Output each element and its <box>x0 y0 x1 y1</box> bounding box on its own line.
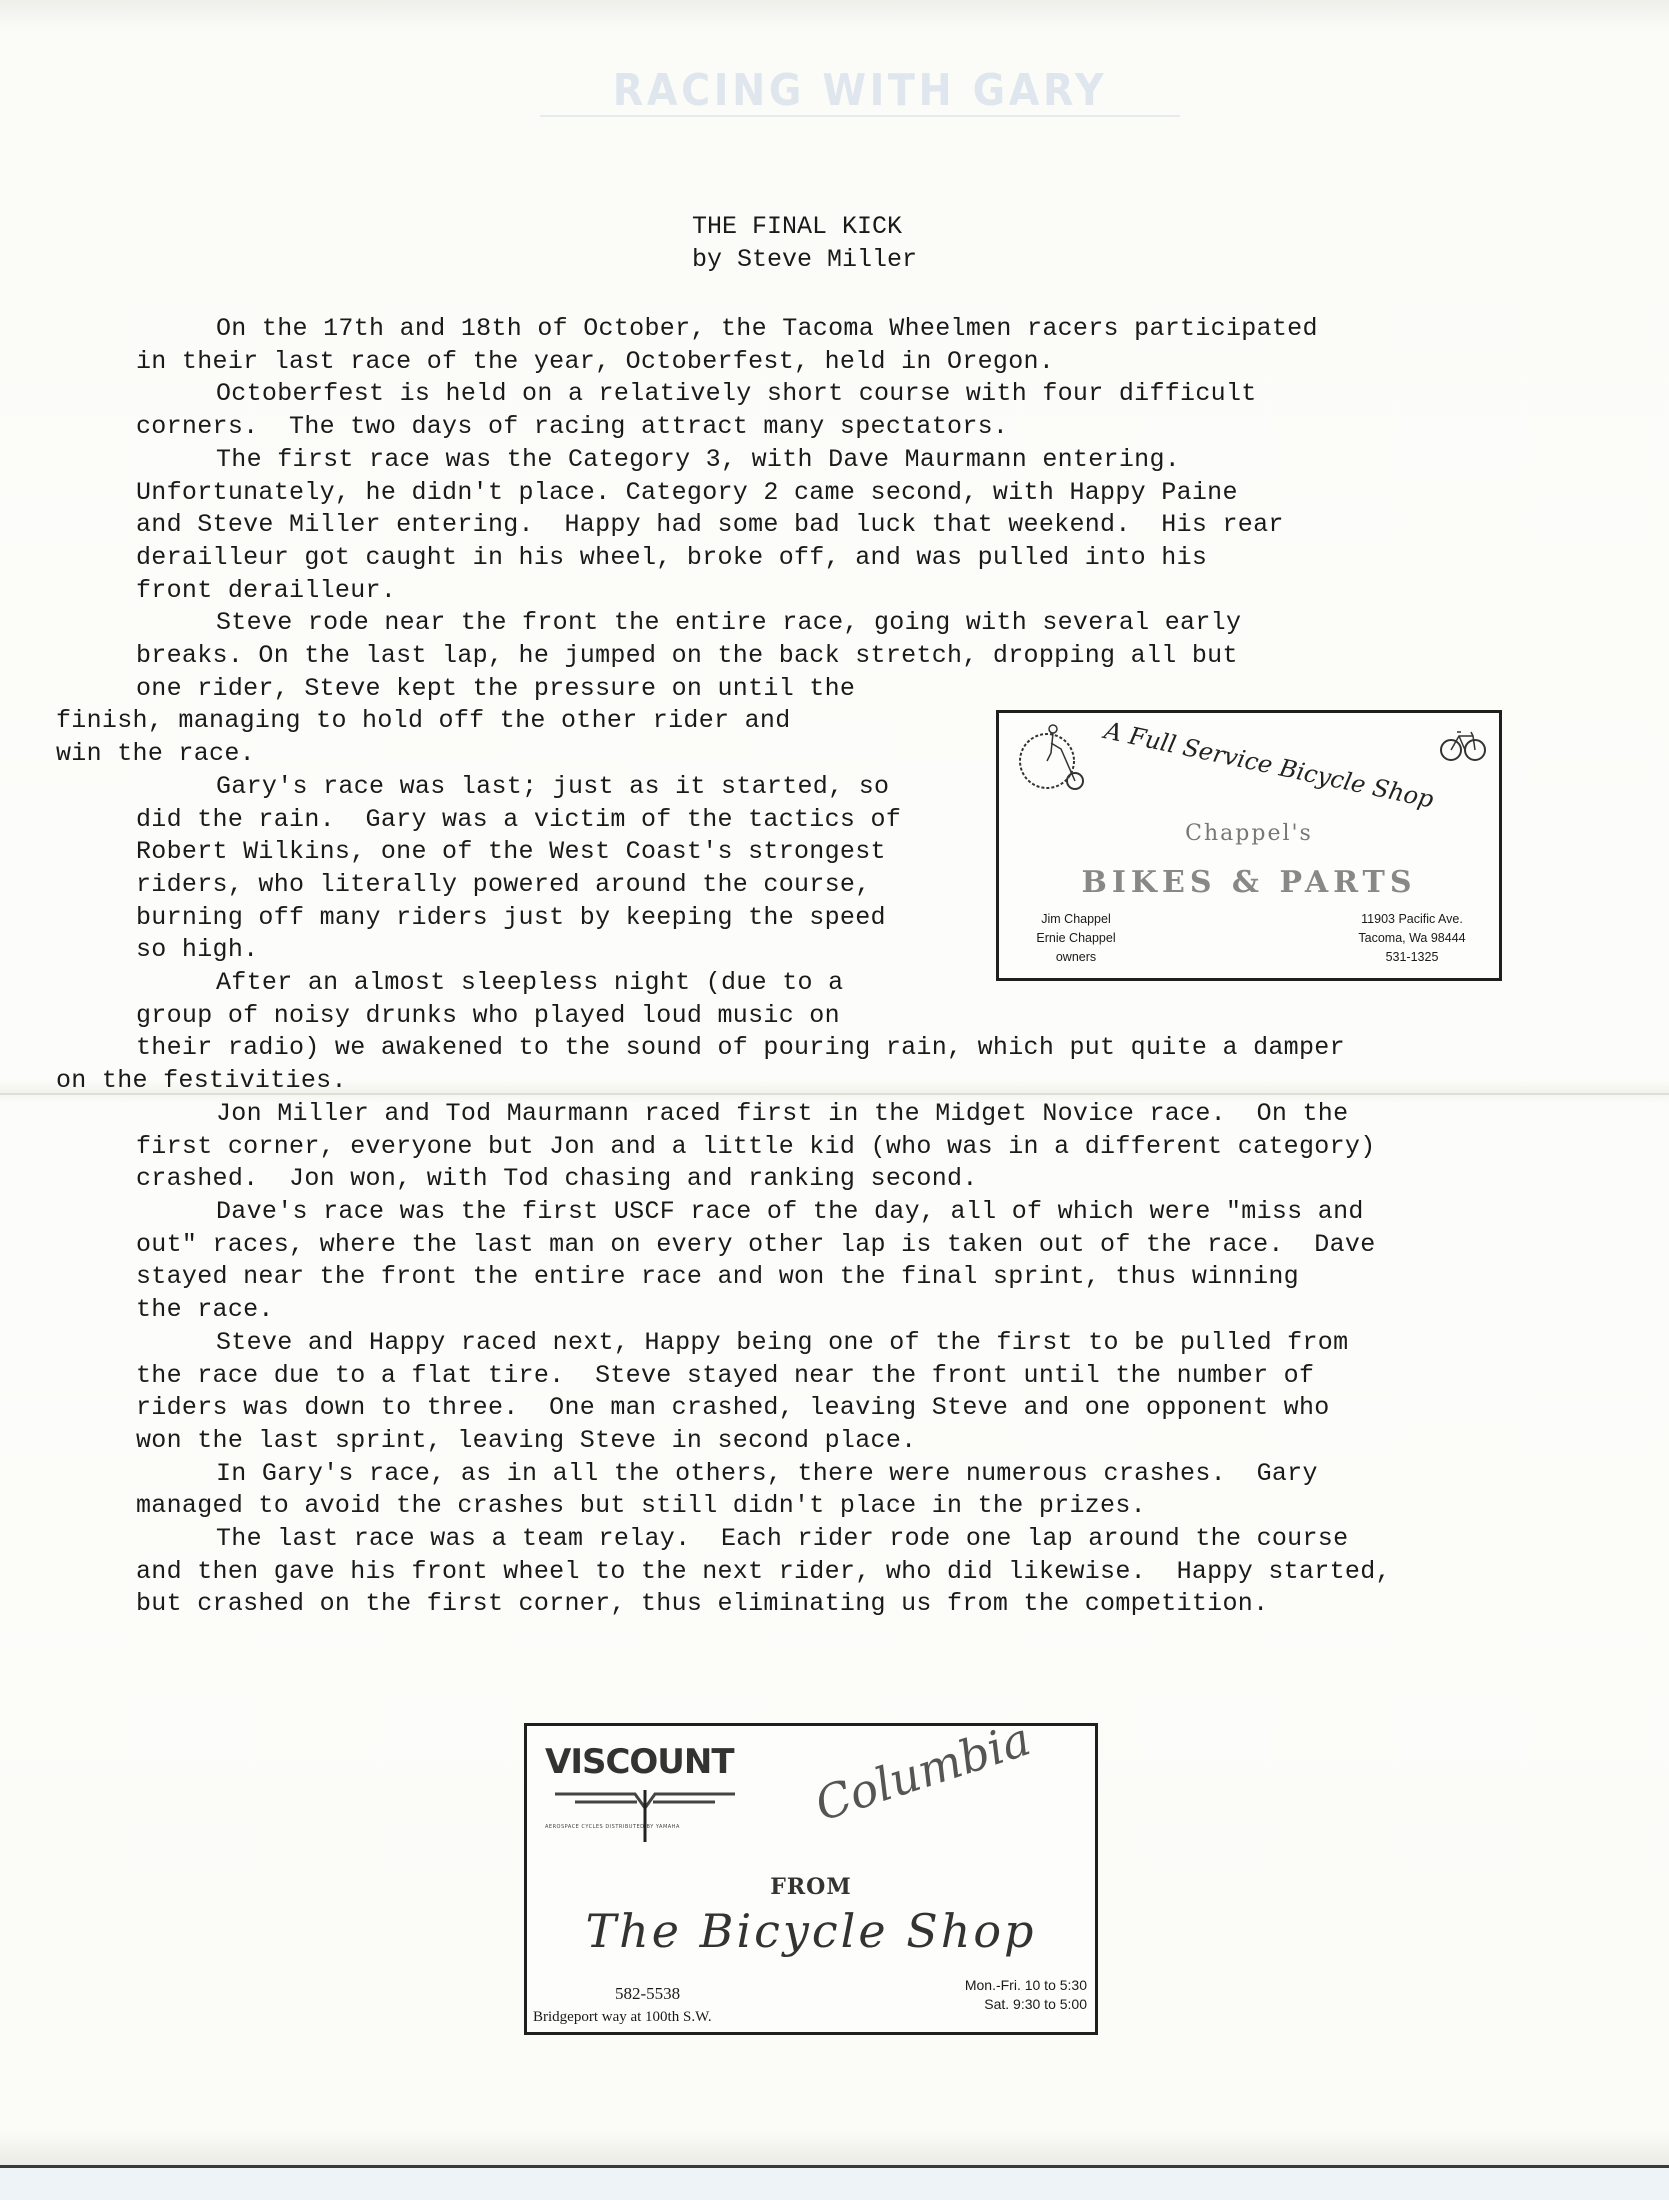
ad-from-label: FROM <box>527 1874 1095 1900</box>
viscount-logo: VISCOUNT <box>545 1742 725 1782</box>
text-line: and then gave his front wheel to the nex… <box>56 1556 1456 1589</box>
text-line: group of noisy drunks who played loud mu… <box>56 1000 956 1033</box>
owner-name: Jim Chappel <box>1011 910 1141 929</box>
text-line: so high. <box>56 934 956 967</box>
text-line: The last race was a team relay. Each rid… <box>136 1523 1456 1556</box>
article-section-beside-ad: one rider, Steve kept the pressure on un… <box>136 673 956 1033</box>
text-line: front derailleur. <box>56 575 1456 608</box>
article-heading: THE FINAL KICK by Steve Miller <box>560 210 1120 276</box>
text-line: finish, managing to hold off the other r… <box>56 705 956 738</box>
ad-shop-name: The Bicycle Shop <box>527 1904 1095 1958</box>
text-line: their radio) we awakened to the sound of… <box>136 1032 1456 1065</box>
text-line: the race. <box>56 1294 1456 1327</box>
text-line: Octoberfest is held on a relatively shor… <box>136 378 1456 411</box>
saturday-hours: Sat. 9:30 to 5:00 <box>965 1995 1087 2014</box>
text-line: After an almost sleepless night (due to … <box>136 967 956 1000</box>
text-line: corners. The two days of racing attract … <box>56 411 1456 444</box>
phone-number: 531-1325 <box>1337 948 1487 967</box>
article-paragraph: Gary's race was last; just as it started… <box>136 771 956 967</box>
text-line: Unfortunately, he didn't place. Category… <box>56 477 1456 510</box>
viscount-subtitle: AEROSPACE CYCLES DISTRIBUTED BY YAMAHA <box>545 1824 745 1830</box>
bleed-through-rule <box>540 115 1180 117</box>
page-edge-shadow <box>0 2165 1669 2200</box>
article-paragraph: Steve and Happy raced next, Happy being … <box>136 1327 1456 1458</box>
text-line: On the 17th and 18th of October, the Tac… <box>136 313 1456 346</box>
article-byline: by Steve Miller <box>560 243 1120 276</box>
article-paragraph: On the 17th and 18th of October, the Tac… <box>136 313 1456 378</box>
text-line: burning off many riders just by keeping … <box>56 902 956 935</box>
text-line: Dave's race was the first USCF race of t… <box>136 1196 1456 1229</box>
text-line: Gary's race was last; just as it started… <box>136 771 956 804</box>
text-line: riders, who literally powered around the… <box>56 869 956 902</box>
text-line: first corner, everyone but Jon and a lit… <box>56 1131 1456 1164</box>
text-line: one rider, Steve kept the pressure on un… <box>136 673 956 706</box>
article-paragraph: their radio) we awakened to the sound of… <box>136 1032 1456 1097</box>
city-state-zip: Tacoma, Wa 98444 <box>1337 929 1487 948</box>
ad-hours: Mon.-Fri. 10 to 5:30 Sat. 9:30 to 5:00 <box>965 1976 1087 2014</box>
text-line: breaks. On the last lap, he jumped on th… <box>56 640 1456 673</box>
article-paragraph: The first race was the Category 3, with … <box>136 444 1456 608</box>
text-line: derailleur got caught in his wheel, brok… <box>56 542 1456 575</box>
text-line: The first race was the Category 3, with … <box>136 444 1456 477</box>
penny-farthing-bicycle-icon <box>1017 723 1087 793</box>
chappels-bikes-advertisement: A Full Service Bicycle Shop Chappel's BI… <box>996 710 1502 981</box>
ad-owners: Jim Chappel Ernie Chappel owners <box>1011 910 1141 967</box>
text-line: stayed near the front the entire race an… <box>56 1261 1456 1294</box>
ad-location: Bridgeport way at 100th S.W. <box>533 2009 712 2026</box>
ad-shop-subtitle: BIKES & PARTS <box>999 865 1499 900</box>
text-line: won the last sprint, leaving Steve in se… <box>56 1425 1456 1458</box>
winged-logo-icon <box>545 1786 745 1842</box>
article-paragraph: Dave's race was the first USCF race of t… <box>136 1196 1456 1327</box>
bicycle-icon <box>1439 728 1487 764</box>
text-line: crashed. Jon won, with Tod chasing and r… <box>56 1163 1456 1196</box>
ad-shop-name: Chappel's <box>999 821 1499 846</box>
article-title: THE FINAL KICK <box>560 210 1120 243</box>
article-paragraph: one rider, Steve kept the pressure on un… <box>136 673 956 771</box>
text-line: but crashed on the first corner, thus el… <box>56 1588 1456 1621</box>
text-line: Steve and Happy raced next, Happy being … <box>136 1327 1456 1360</box>
owner-name: Ernie Chappel <box>1011 929 1141 948</box>
bleed-through-header: RACING WITH GARY <box>590 65 1130 116</box>
text-line: out" races, where the last man on every … <box>56 1229 1456 1262</box>
owners-label: owners <box>1011 948 1141 967</box>
text-line: and Steve Miller entering. Happy had som… <box>56 509 1456 542</box>
article-paragraph: Octoberfest is held on a relatively shor… <box>136 378 1456 443</box>
columbia-logo: Columbia <box>809 1718 1016 1831</box>
text-line: did the rain. Gary was a victim of the t… <box>56 804 956 837</box>
ad-address: 11903 Pacific Ave. Tacoma, Wa 98444 531-… <box>1337 910 1487 967</box>
text-line: managed to avoid the crashes but still d… <box>56 1490 1456 1523</box>
ad-tagline: A Full Service Bicycle Shop <box>1090 714 1448 816</box>
text-line: riders was down to three. One man crashe… <box>56 1392 1456 1425</box>
article-paragraph: The last race was a team relay. Each rid… <box>136 1523 1456 1621</box>
text-line: Jon Miller and Tod Maurmann raced first … <box>136 1098 1456 1131</box>
bicycle-shop-advertisement: VISCOUNT AEROSPACE CYCLES DISTRIBUTED BY… <box>524 1723 1098 2035</box>
article-paragraph: Steve rode near the front the entire rac… <box>136 607 1456 672</box>
text-line: the race due to a flat tire. Steve staye… <box>56 1360 1456 1393</box>
article-paragraph: After an almost sleepless night (due to … <box>136 967 956 1032</box>
weekday-hours: Mon.-Fri. 10 to 5:30 <box>965 1976 1087 1995</box>
text-line: Robert Wilkins, one of the West Coast's … <box>56 836 956 869</box>
text-line: in their last race of the year, Octoberf… <box>56 346 1456 379</box>
text-line: on the festivities. <box>56 1065 1456 1098</box>
ad-phone: 582-5538 <box>615 1984 680 2004</box>
street-address: 11903 Pacific Ave. <box>1337 910 1487 929</box>
article-section-full-width: On the 17th and 18th of October, the Tac… <box>136 313 1456 673</box>
text-line: Steve rode near the front the entire rac… <box>136 607 1456 640</box>
article-section-full-width-continued: their radio) we awakened to the sound of… <box>136 1032 1456 1621</box>
article-paragraph: In Gary's race, as in all the others, th… <box>136 1458 1456 1523</box>
document-page: RACING WITH GARY THE FINAL KICK by Steve… <box>0 0 1669 2165</box>
text-line: win the race. <box>56 738 956 771</box>
text-line: In Gary's race, as in all the others, th… <box>136 1458 1456 1491</box>
article-paragraph: Jon Miller and Tod Maurmann raced first … <box>136 1098 1456 1196</box>
